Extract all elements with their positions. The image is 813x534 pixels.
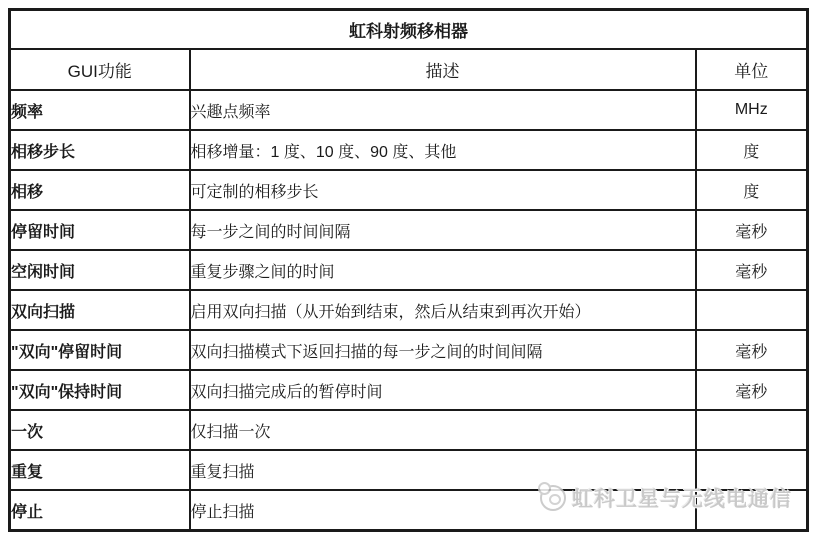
table-title: 虹科射频移相器 <box>10 10 808 50</box>
description-cell: 停止扫描 <box>190 490 696 531</box>
feature-cell: "双向"停留时间 <box>10 330 190 370</box>
unit-cell <box>696 490 808 531</box>
unit-cell <box>696 410 808 450</box>
description-cell: 相移增量：1 度、10 度、90 度、其他 <box>190 130 696 170</box>
table-title-row: 虹科射频移相器 <box>10 10 808 50</box>
table-row: 相移 可定制的相移步长 度 <box>10 170 808 210</box>
feature-cell: 相移 <box>10 170 190 210</box>
header-description: 描述 <box>190 49 696 90</box>
unit-cell: 度 <box>696 130 808 170</box>
feature-cell: 双向扫描 <box>10 290 190 330</box>
feature-cell: 一次 <box>10 410 190 450</box>
table-row: 停止 停止扫描 <box>10 490 808 531</box>
description-cell: 重复扫描 <box>190 450 696 490</box>
unit-cell: MHz <box>696 90 808 130</box>
feature-cell: 重复 <box>10 450 190 490</box>
feature-cell: 停留时间 <box>10 210 190 250</box>
description-cell: 启用双向扫描（从开始到结束，然后从结束到再次开始） <box>190 290 696 330</box>
description-cell: 可定制的相移步长 <box>190 170 696 210</box>
table-row: 停留时间 每一步之间的时间间隔 毫秒 <box>10 210 808 250</box>
feature-cell: "双向"保持时间 <box>10 370 190 410</box>
description-cell: 每一步之间的时间间隔 <box>190 210 696 250</box>
rf-phase-shifter-spec-table: 虹科射频移相器 GUI功能 描述 单位 频率 兴趣点频率 MHz 相移步长 相移… <box>8 8 809 532</box>
feature-cell: 停止 <box>10 490 190 531</box>
description-cell: 双向扫描完成后的暂停时间 <box>190 370 696 410</box>
description-cell: 重复步骤之间的时间 <box>190 250 696 290</box>
unit-cell <box>696 290 808 330</box>
unit-cell: 毫秒 <box>696 370 808 410</box>
feature-cell: 相移步长 <box>10 130 190 170</box>
description-cell: 双向扫描模式下返回扫描的每一步之间的时间间隔 <box>190 330 696 370</box>
unit-cell: 度 <box>696 170 808 210</box>
description-cell: 仅扫描一次 <box>190 410 696 450</box>
unit-cell: 毫秒 <box>696 330 808 370</box>
table-row: 空闲时间 重复步骤之间的时间 毫秒 <box>10 250 808 290</box>
table-row: "双向"停留时间 双向扫描模式下返回扫描的每一步之间的时间间隔 毫秒 <box>10 330 808 370</box>
feature-cell: 空闲时间 <box>10 250 190 290</box>
header-unit: 单位 <box>696 49 808 90</box>
table-row: "双向"保持时间 双向扫描完成后的暂停时间 毫秒 <box>10 370 808 410</box>
table-row: 双向扫描 启用双向扫描（从开始到结束，然后从结束到再次开始） <box>10 290 808 330</box>
unit-cell: 毫秒 <box>696 210 808 250</box>
header-gui-function: GUI功能 <box>10 49 190 90</box>
table-header-row: GUI功能 描述 单位 <box>10 49 808 90</box>
table-row: 相移步长 相移增量：1 度、10 度、90 度、其他 度 <box>10 130 808 170</box>
table-row: 频率 兴趣点频率 MHz <box>10 90 808 130</box>
feature-cell: 频率 <box>10 90 190 130</box>
unit-cell <box>696 450 808 490</box>
table-row: 重复 重复扫描 <box>10 450 808 490</box>
unit-cell: 毫秒 <box>696 250 808 290</box>
description-cell: 兴趣点频率 <box>190 90 696 130</box>
table-row: 一次 仅扫描一次 <box>10 410 808 450</box>
